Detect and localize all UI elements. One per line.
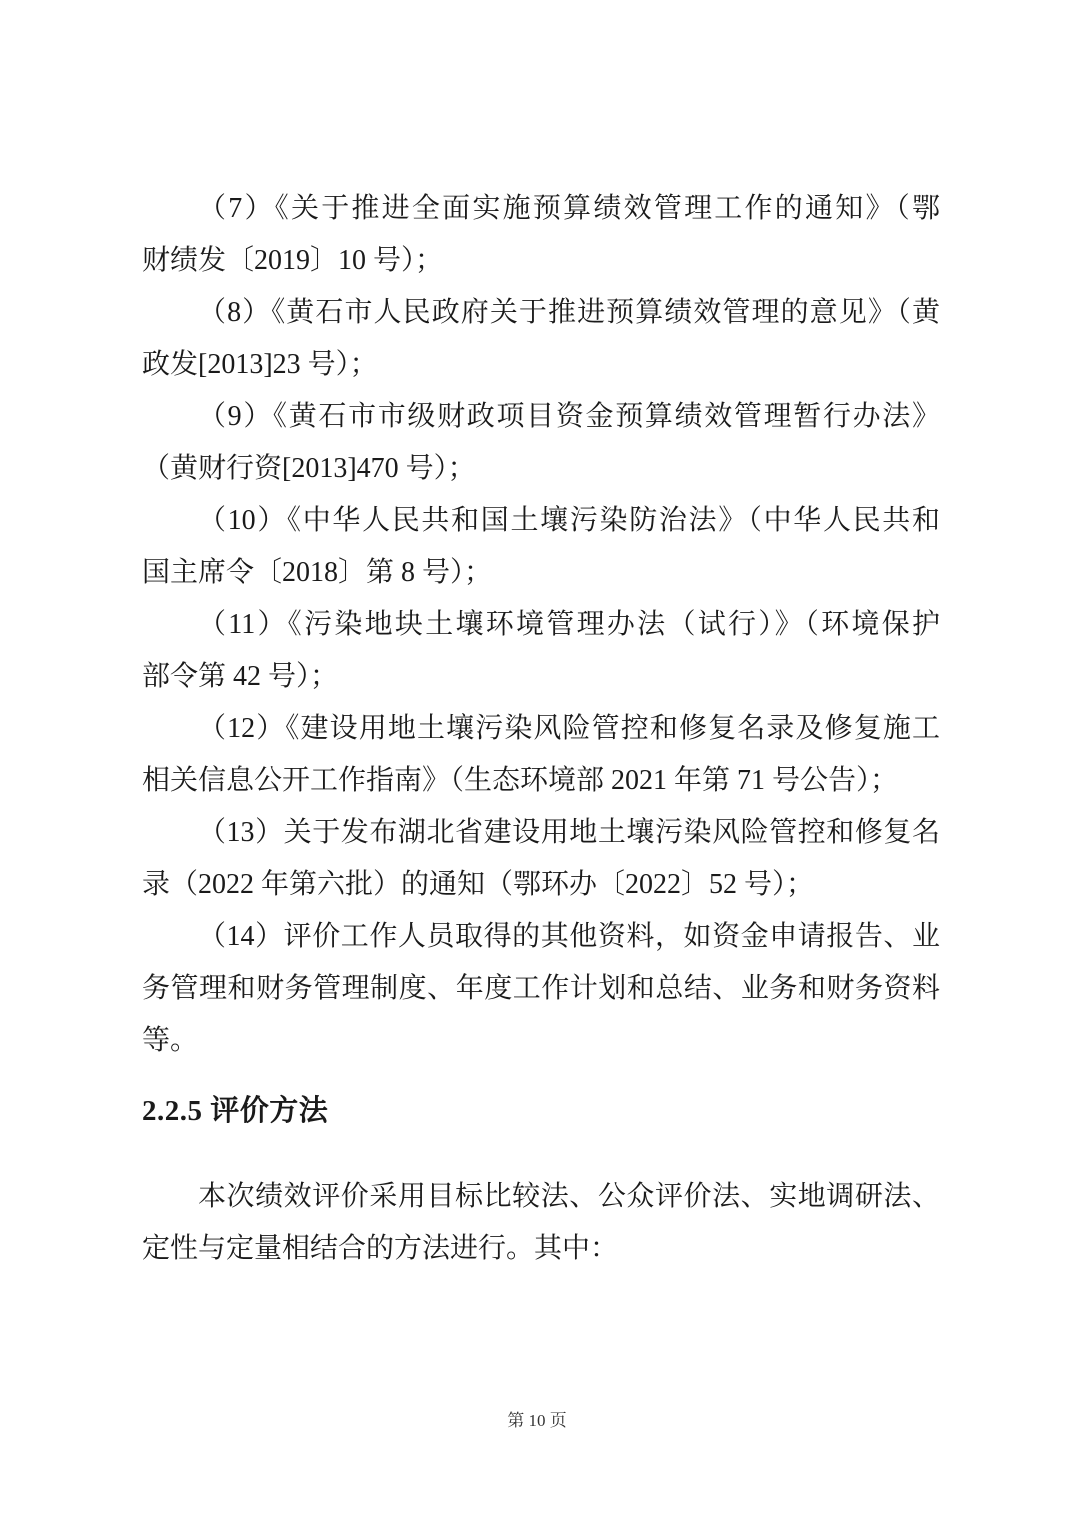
reference-item-10: （10）《中华人民共和国土壤污染防治法》（中华人民共和 国主席令〔2018〕第 … [142, 495, 940, 599]
reference-item-8: （8）《黄石市人民政府关于推进预算绩效管理的意见》（黄 政发[2013]23 号… [142, 287, 940, 391]
intro-line: 定性与定量相结合的方法进行。其中： [142, 1223, 940, 1275]
reference-line: 部令第 42 号）； [142, 651, 940, 703]
page-number-label: 第 10 页 [507, 1411, 567, 1430]
document-page: （7）《关于推进全面实施预算绩效管理工作的通知》（鄂 财绩发〔2019〕10 号… [0, 0, 1074, 1520]
reference-line: （8）《黄石市人民政府关于推进预算绩效管理的意见》（黄 [142, 287, 940, 339]
intro-paragraph: 本次绩效评价采用目标比较法、公众评价法、实地调研法、 定性与定量相结合的方法进行… [142, 1171, 940, 1275]
reference-line: （12）《建设用地土壤污染风险管控和修复名录及修复施工 [142, 703, 940, 755]
reference-line: （9）《黄石市市级财政项目资金预算绩效管理暂行办法》 [142, 391, 940, 443]
reference-item-7: （7）《关于推进全面实施预算绩效管理工作的通知》（鄂 财绩发〔2019〕10 号… [142, 183, 940, 287]
reference-line: （13）关于发布湖北省建设用地土壤污染风险管控和修复名 [142, 807, 940, 859]
reference-line: （7）《关于推进全面实施预算绩效管理工作的通知》（鄂 [142, 183, 940, 235]
reference-line: 财绩发〔2019〕10 号）； [142, 235, 940, 287]
reference-item-12: （12）《建设用地土壤污染风险管控和修复名录及修复施工 相关信息公开工作指南》（… [142, 703, 940, 807]
reference-line: （黄财行资[2013]470 号）； [142, 443, 940, 495]
reference-item-9: （9）《黄石市市级财政项目资金预算绩效管理暂行办法》 （黄财行资[2013]47… [142, 391, 940, 495]
page-footer: 第 10 页 [0, 1406, 1074, 1431]
reference-item-13: （13）关于发布湖北省建设用地土壤污染风险管控和修复名 录（2022 年第六批）… [142, 807, 940, 911]
reference-line: 等。 [142, 1015, 940, 1067]
reference-item-11: （11）《污染地块土壤环境管理办法（试行）》（环境保护 部令第 42 号）； [142, 599, 940, 703]
reference-line: 录（2022 年第六批）的通知（鄂环办〔2022〕52 号）； [142, 859, 940, 911]
page-content: （7）《关于推进全面实施预算绩效管理工作的通知》（鄂 财绩发〔2019〕10 号… [142, 183, 940, 1275]
reference-line: （10）《中华人民共和国土壤污染防治法》（中华人民共和 [142, 495, 940, 547]
reference-line: 政发[2013]23 号）； [142, 339, 940, 391]
reference-line: （14）评价工作人员取得的其他资料，如资金申请报告、业 [142, 911, 940, 963]
reference-line: （11）《污染地块土壤环境管理办法（试行）》（环境保护 [142, 599, 940, 651]
reference-line: 务管理和财务管理制度、年度工作计划和总结、业务和财务资料 [142, 963, 940, 1015]
reference-line: 国主席令〔2018〕第 8 号）； [142, 547, 940, 599]
intro-line: 本次绩效评价采用目标比较法、公众评价法、实地调研法、 [142, 1171, 940, 1223]
reference-line: 相关信息公开工作指南》（生态环境部 2021 年第 71 号公告）； [142, 755, 940, 807]
section-heading: 2.2.5 评价方法 [142, 1085, 940, 1137]
reference-item-14: （14）评价工作人员取得的其他资料，如资金申请报告、业 务管理和财务管理制度、年… [142, 911, 940, 1067]
